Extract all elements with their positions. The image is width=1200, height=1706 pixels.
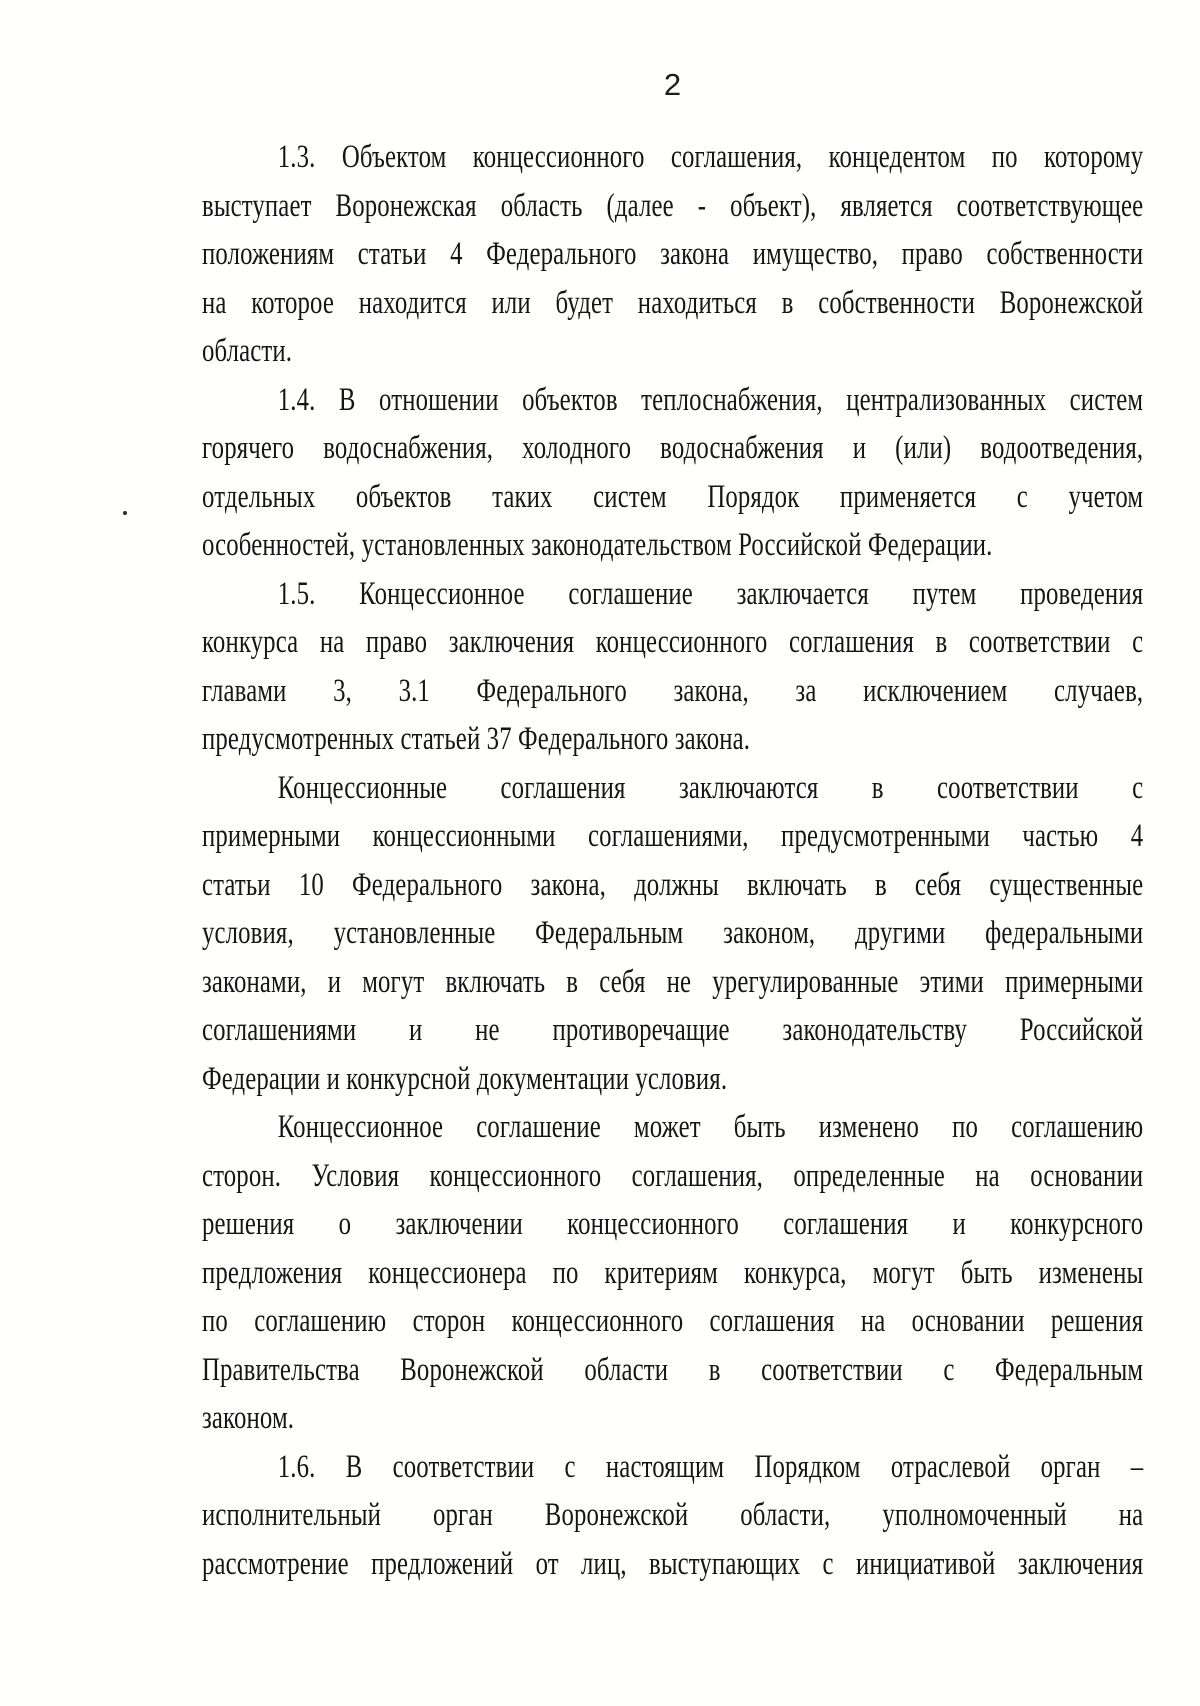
text-line: условия, установленные Федеральным закон… [202, 909, 1143, 958]
text-line: рассмотрение предложений от лиц, выступа… [202, 1540, 1143, 1589]
text-line: Концессионные соглашения заключаются в с… [202, 764, 1143, 813]
text-line: решения о заключении концессионного согл… [202, 1200, 1143, 1249]
scanned-document-page: 2 1.3. Объектом концессионного соглашени… [0, 0, 1200, 1706]
text-line: отдельных объектов таких систем Порядок … [202, 473, 1143, 522]
text-line: соглашениями и не противоречащие законод… [202, 1006, 1143, 1055]
text-line: особенностей, установленных законодатель… [202, 521, 1143, 570]
text-line: Правительства Воронежской области в соот… [202, 1346, 1143, 1395]
text-line: главами 3, 3.1 Федерального закона, за и… [202, 667, 1143, 716]
text-line: сторон. Условия концессионного соглашени… [202, 1152, 1143, 1201]
text-line: горячего водоснабжения, холодного водосн… [202, 424, 1143, 473]
text-line: Концессионное соглашение может быть изме… [202, 1103, 1143, 1152]
text-line: конкурса на право заключения концессионн… [202, 618, 1143, 667]
text-line: выступает Воронежская область (далее - о… [202, 182, 1143, 231]
page-number: 2 [202, 68, 1143, 102]
text-line: предложения концессионера по критериям к… [202, 1249, 1143, 1298]
document-body: 1.3. Объектом концессионного соглашения,… [202, 133, 1143, 1588]
text-line: положениям статьи 4 Федерального закона … [202, 230, 1143, 279]
text-line: по соглашению сторон концессионного согл… [202, 1297, 1143, 1346]
text-line: области. [202, 327, 1143, 376]
text-line: 1.5. Концессионное соглашение заключаетс… [202, 570, 1143, 619]
text-line: Федерации и конкурсной документации усло… [202, 1055, 1143, 1104]
text-line: статьи 10 Федерального закона, должны вк… [202, 861, 1143, 910]
text-line: предусмотренных статьей 37 Федерального … [202, 715, 1143, 764]
text-line: примерными концессионными соглашениями, … [202, 812, 1143, 861]
text-line: 1.6. В соответствии с настоящим Порядком… [202, 1443, 1143, 1492]
text-line: исполнительный орган Воронежской области… [202, 1491, 1143, 1540]
text-line: 1.4. В отношении объектов теплоснабжения… [202, 376, 1143, 425]
text-line: 1.3. Объектом концессионного соглашения,… [202, 133, 1143, 182]
text-line: на которое находится или будет находитьс… [202, 279, 1143, 328]
text-line: законом. [202, 1394, 1143, 1443]
scan-artifact-dot [123, 511, 127, 515]
text-line: законами, и могут включать в себя не уре… [202, 958, 1143, 1007]
